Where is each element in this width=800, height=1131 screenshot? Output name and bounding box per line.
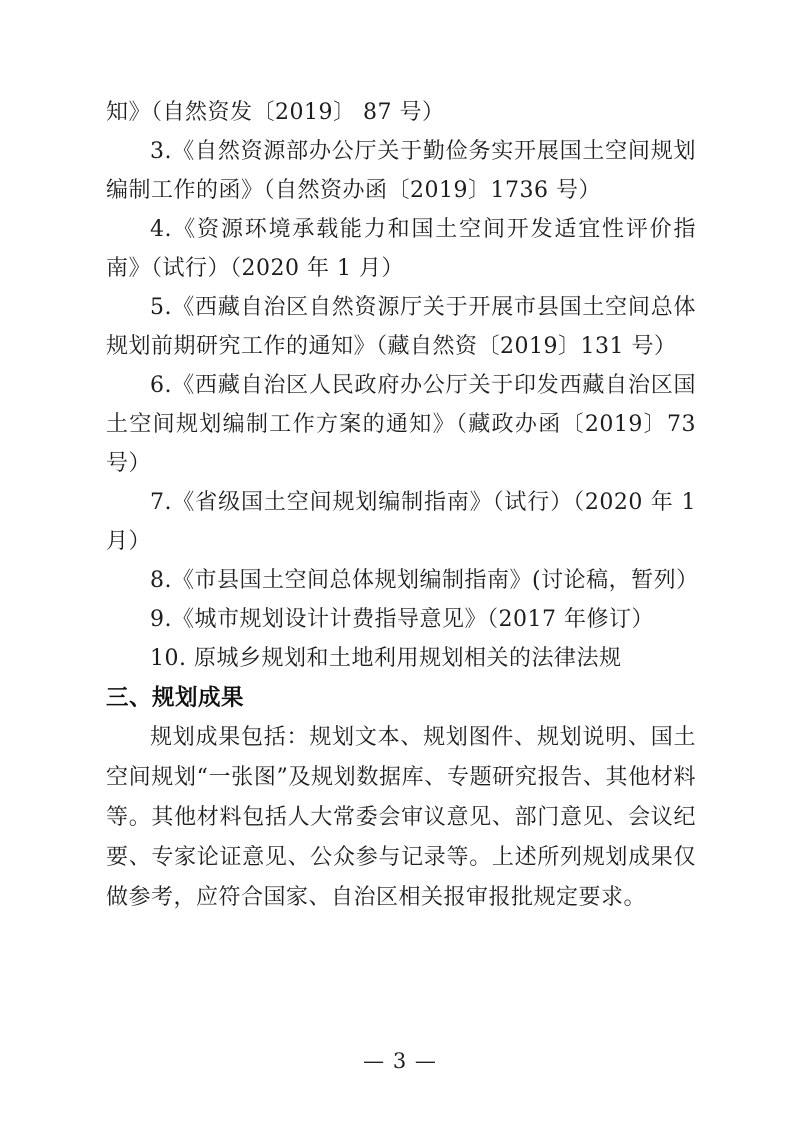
reference-item-6: 6.《西藏自治区人民政府办公厅关于印发西藏自治区国土空间规划编制工作方案的通知》… [106,366,696,483]
reference-item-8: 8.《市县国土空间总体规划编制指南》(讨论稿，暂列） [106,561,696,600]
results-paragraph: 规划成果包括：规划文本、规划图件、规划说明、国土空间规划“一张图”及规划数据库、… [106,718,696,918]
page-body: 知》（自然资发〔2019〕 87 号） 3.《自然资源部办公厅关于勤俭务实开展国… [106,93,696,918]
reference-item-7: 7.《省级国土空间规划编制指南》（试行）（2020 年 1 月） [106,483,696,561]
section-heading: 三、规划成果 [106,678,696,718]
reference-item-9: 9.《城市规划设计计费指导意见》（2017 年修订） [106,600,696,639]
document-page: 知》（自然资发〔2019〕 87 号） 3.《自然资源部办公厅关于勤俭务实开展国… [0,0,800,1131]
page-number: — 3 — [0,1046,800,1076]
reference-item-4: 4.《资源环境承载能力和国土空间开发适宜性评价指南》（试行）（2020 年 1 … [106,210,696,288]
reference-item-3: 3.《自然资源部办公厅关于勤俭务实开展国土空间规划编制工作的函》（自然资办函〔2… [106,132,696,210]
reference-item-5: 5.《西藏自治区自然资源厅关于开展市县国土空间总体规划前期研究工作的通知》（藏自… [106,288,696,366]
continuation-text: 知》（自然资发〔2019〕 87 号） [106,93,696,132]
reference-item-10: 10. 原城乡规划和土地利用规划相关的法律法规 [106,639,696,678]
